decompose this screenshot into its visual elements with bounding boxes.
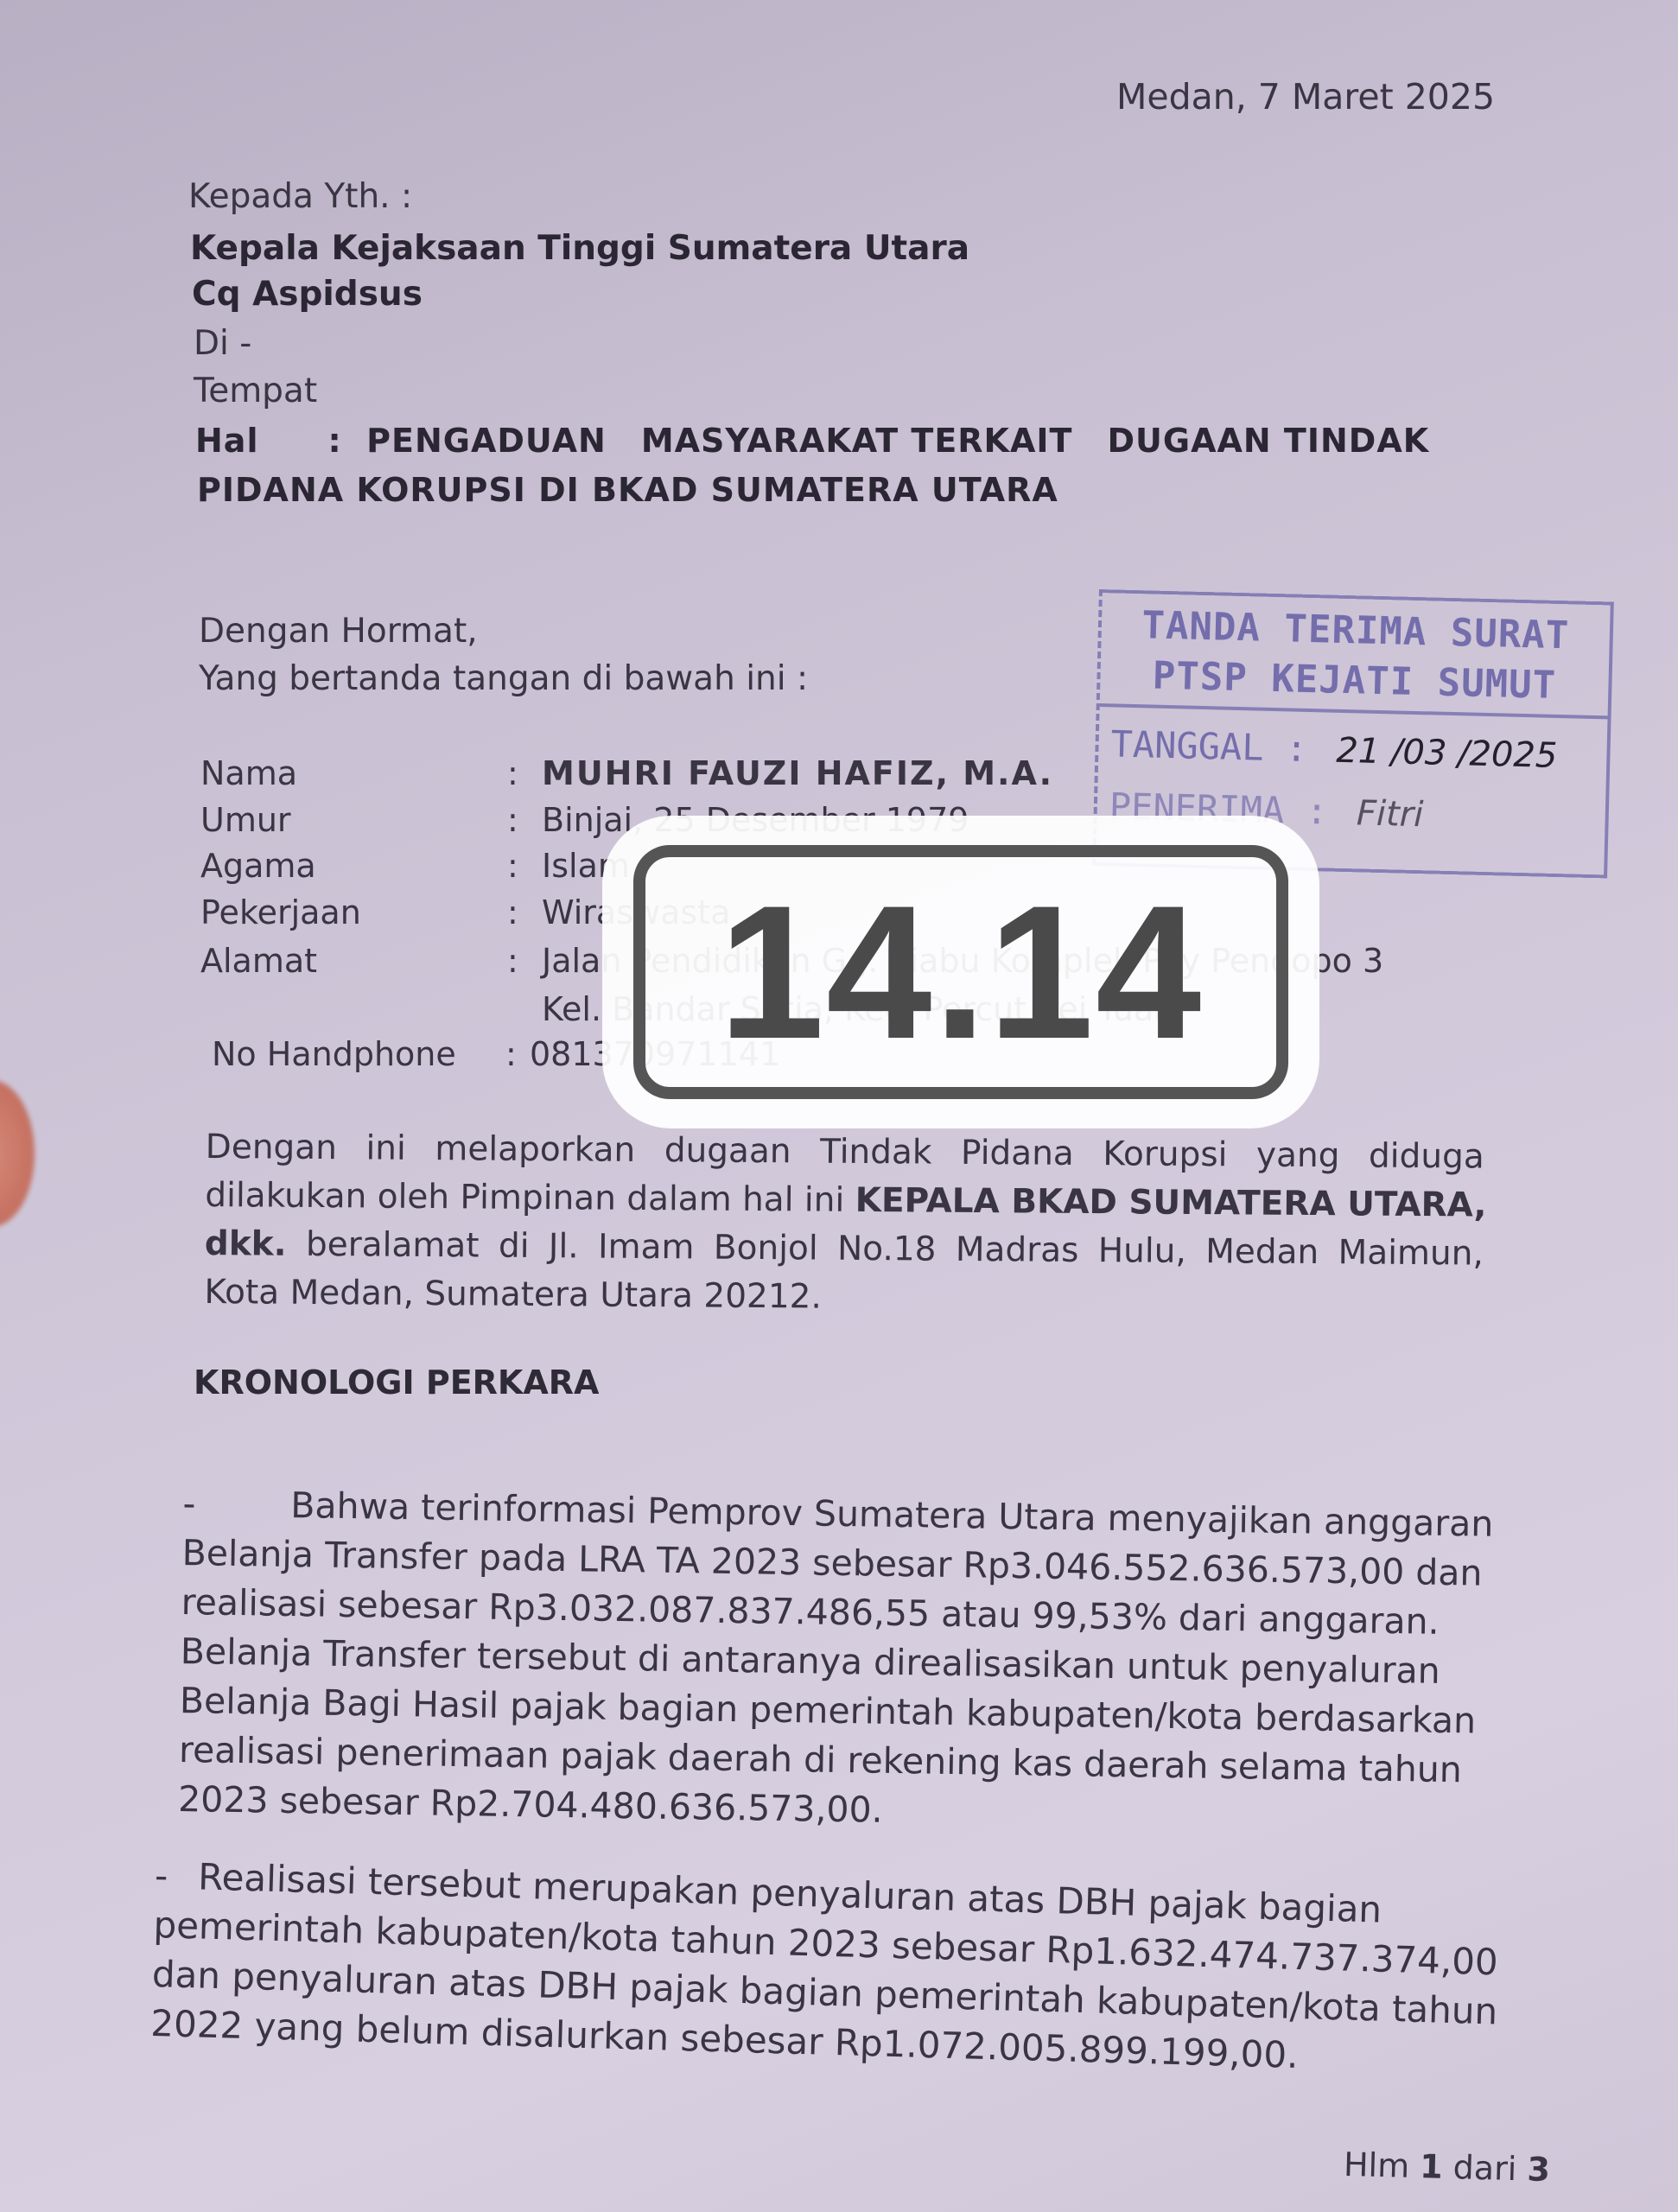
subject-line-1: Hal: PENGADUANMASYARAKAT TERKAITDUGAAN T… <box>195 422 1429 460</box>
identity-row-nama: Nama:MUHRI FAUZI HAFIZ, M.A. <box>200 754 1053 792</box>
recipient-di: Di - <box>194 324 251 363</box>
section-title-kronologi: KRONOLOGI PERKARA <box>194 1363 599 1402</box>
report-paragraph: Dengan ini melaporkan dugaan Tindak Pida… <box>204 1123 1484 1327</box>
greeting: Dengan Hormat, <box>199 612 478 651</box>
subject-line-2: PIDANA KORUPSI DI BKAD SUMATERA UTARA <box>197 471 1058 509</box>
recipient-name: Kepala Kejaksaan Tinggi Sumatera Utara <box>190 229 969 268</box>
letter-date: Medan, 7 Maret 2025 <box>1116 76 1495 118</box>
subject-label: Hal <box>195 422 258 460</box>
overlay-badge: 14.14 <box>602 816 1319 1128</box>
chronology-item-1: -Bahwa terinformasi Pemprov Sumatera Uta… <box>178 1479 1462 1844</box>
stamp-date-row: TANGGAL : 21 /03 /2025 <box>1110 722 1558 776</box>
stamp-date-handwritten: 21 /03 /2025 <box>1336 731 1558 776</box>
overlay-badge-frame: 14.14 <box>633 845 1288 1099</box>
recipient-cq: Cq Aspidsus <box>192 275 423 314</box>
chronology-item-2: -Realisasi tersebut merupakan penyaluran… <box>150 1851 1434 2083</box>
intro-line: Yang bertanda tangan di bawah ini : <box>199 659 808 698</box>
recipient-tempat: Tempat <box>194 372 317 410</box>
page-indicator: Hlm 1 dari 3 <box>1343 2145 1550 2189</box>
identity-row-agama: Agama:Islam <box>200 847 630 885</box>
recipient-salutation: Kepada Yth. : <box>188 177 412 216</box>
finger-edge <box>0 1080 35 1227</box>
stamp-receiver-handwritten: Fitri <box>1356 793 1423 835</box>
overlay-badge-number: 14.14 <box>719 877 1204 1067</box>
